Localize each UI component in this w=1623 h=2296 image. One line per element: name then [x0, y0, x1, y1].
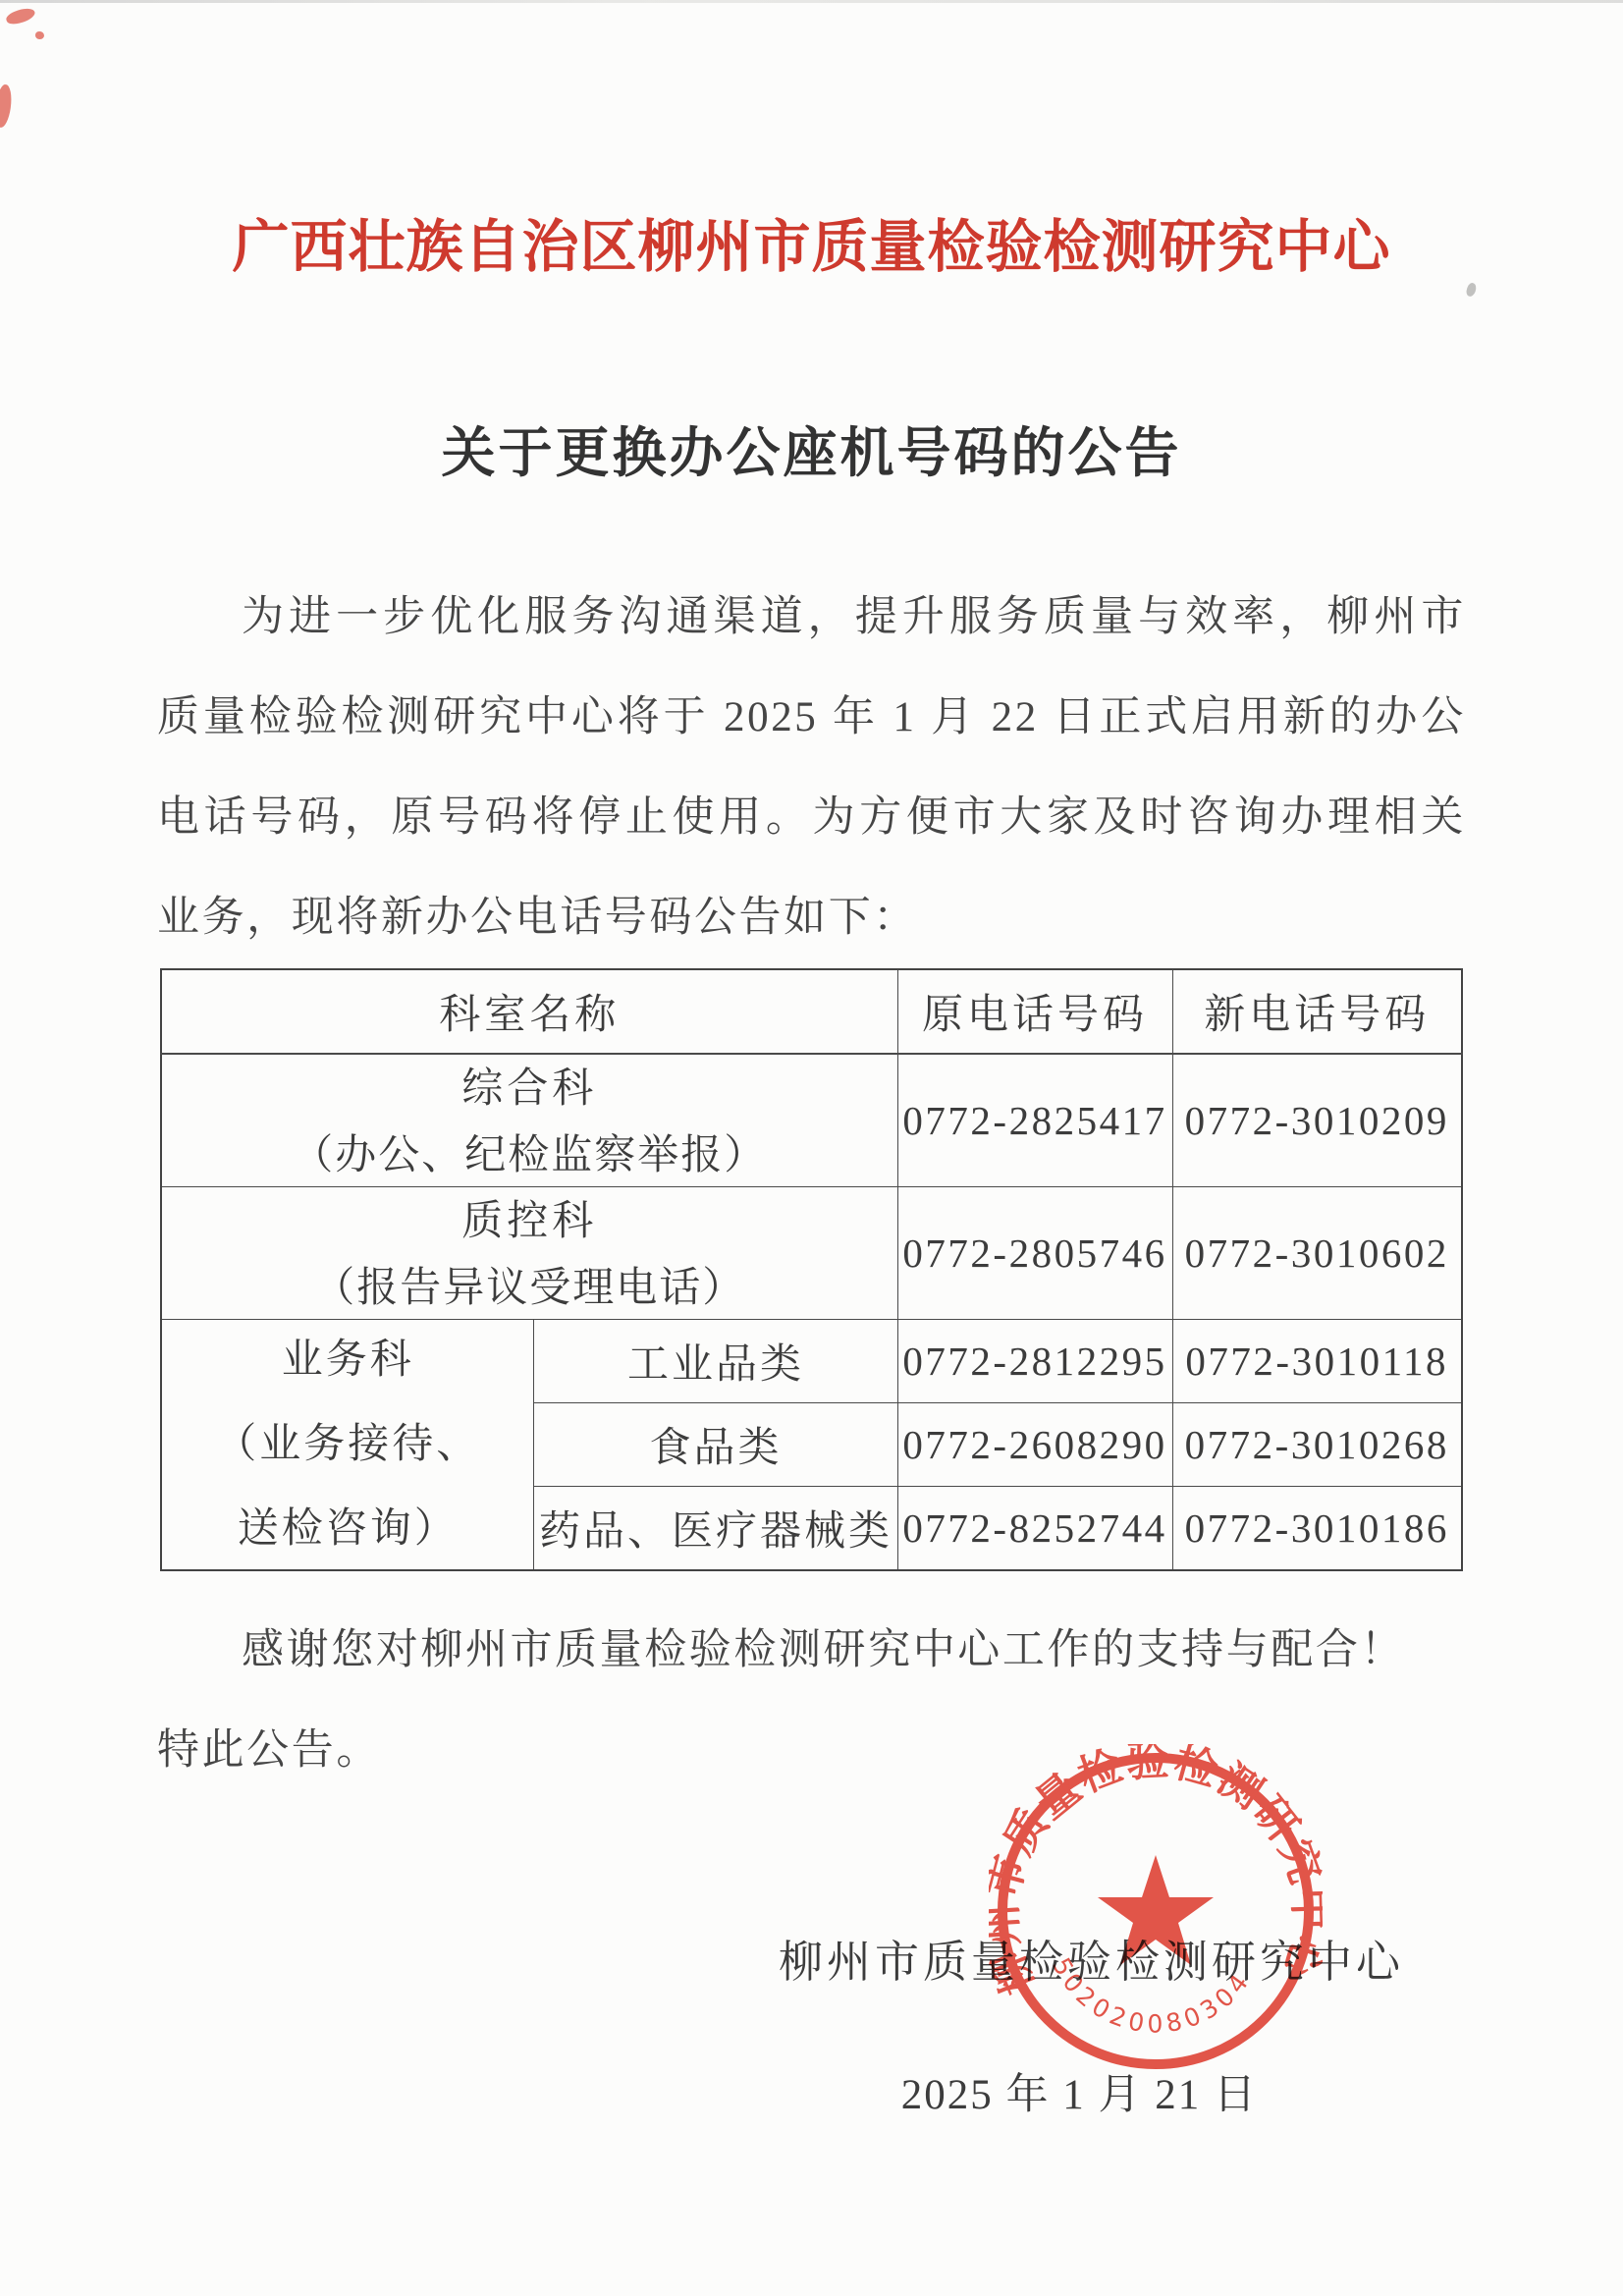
category-cell: 药品、医疗器械类: [534, 1487, 897, 1571]
table-row: 业务科 （业务接待、 送检咨询） 工业品类 0772-2812295 0772-…: [161, 1320, 1462, 1403]
header-old-phone: 原电话号码: [897, 969, 1172, 1054]
phone-number-table: 科室名称 原电话号码 新电话号码 综合科 （办公、纪检监察举报） 0772-28…: [160, 968, 1463, 1571]
new-phone: 0772-3010209: [1172, 1054, 1462, 1187]
dept-group-cell: 业务科 （业务接待、 送检咨询）: [161, 1320, 534, 1571]
dept-note: （业务接待、: [162, 1424, 534, 1465]
body-line: 为进一步优化服务沟通渠道，提升服务质量与效率，柳州市: [157, 568, 1466, 668]
old-phone: 0772-2812295: [897, 1320, 1172, 1403]
ink-speck: [0, 83, 14, 129]
signature-org-name: 柳州市质量检验检测研究中心: [0, 1933, 1623, 1992]
old-phone: 0772-2608290: [897, 1403, 1172, 1487]
old-phone: 0772-2805746: [897, 1187, 1172, 1320]
body-paragraph: 为进一步优化服务沟通渠道，提升服务质量与效率，柳州市 质量检验检测研究中心将于 …: [157, 568, 1466, 968]
dept-name: 综合科: [162, 1068, 897, 1110]
closing-paragraph: 感谢您对柳州市质量检验检测研究中心工作的支持与配合！ 特此公告。: [157, 1601, 1466, 1801]
table-row: 综合科 （办公、纪检监察举报） 0772-2825417 0772-301020…: [161, 1054, 1462, 1187]
old-phone: 0772-8252744: [897, 1487, 1172, 1571]
signature-date: 2025 年 1 月 21 日: [0, 2066, 1623, 2125]
scan-speck: [1465, 282, 1478, 298]
notice-title: 关于更换办公座机号码的公告: [0, 424, 1623, 484]
body-line: 质量检验检测研究中心将于 2025 年 1 月 22 日正式启用新的办公: [157, 668, 1466, 768]
table-header-row: 科室名称 原电话号码 新电话号码: [161, 969, 1462, 1054]
dept-name: 质控科: [162, 1201, 897, 1242]
category-cell: 工业品类: [534, 1320, 897, 1403]
ink-speck: [35, 31, 44, 39]
category-cell: 食品类: [534, 1403, 897, 1487]
dept-note: 送检咨询）: [162, 1508, 534, 1550]
ink-speck: [5, 6, 37, 27]
signature-block: 柳州市质量检验检测研究中心 2025 年 1 月 21 日: [0, 1933, 1623, 2125]
scan-edge-artifact: [0, 0, 1623, 3]
header-dept: 科室名称: [161, 969, 897, 1054]
table-row: 质控科 （报告异议受理电话） 0772-2805746 0772-3010602: [161, 1187, 1462, 1320]
dept-note: （报告异议受理电话）: [162, 1268, 897, 1309]
body-line: 电话号码，原号码将停止使用。为方便市大家及时咨询办理相关: [157, 768, 1466, 868]
dept-name: 业务科: [162, 1339, 534, 1381]
document-page: 广西壮族自治区柳州市质量检验检测研究中心 关于更换办公座机号码的公告 为进一步优…: [0, 0, 1623, 2296]
old-phone: 0772-2825417: [897, 1054, 1172, 1187]
new-phone: 0772-3010602: [1172, 1187, 1462, 1320]
closing-line: 特此公告。: [157, 1701, 1466, 1801]
body-line: 业务，现将新办公电话号码公告如下：: [157, 868, 1466, 968]
new-phone: 0772-3010118: [1172, 1320, 1462, 1403]
dept-cell: 质控科 （报告异议受理电话）: [161, 1187, 897, 1320]
header-new-phone: 新电话号码: [1172, 969, 1462, 1054]
dept-cell: 综合科 （办公、纪检监察举报）: [161, 1054, 897, 1187]
new-phone: 0772-3010268: [1172, 1403, 1462, 1487]
new-phone: 0772-3010186: [1172, 1487, 1462, 1571]
org-title: 广西壮族自治区柳州市质量检验检测研究中心: [0, 216, 1623, 279]
dept-note: （办公、纪检监察举报）: [162, 1135, 897, 1176]
closing-line: 感谢您对柳州市质量检验检测研究中心工作的支持与配合！: [157, 1601, 1466, 1701]
